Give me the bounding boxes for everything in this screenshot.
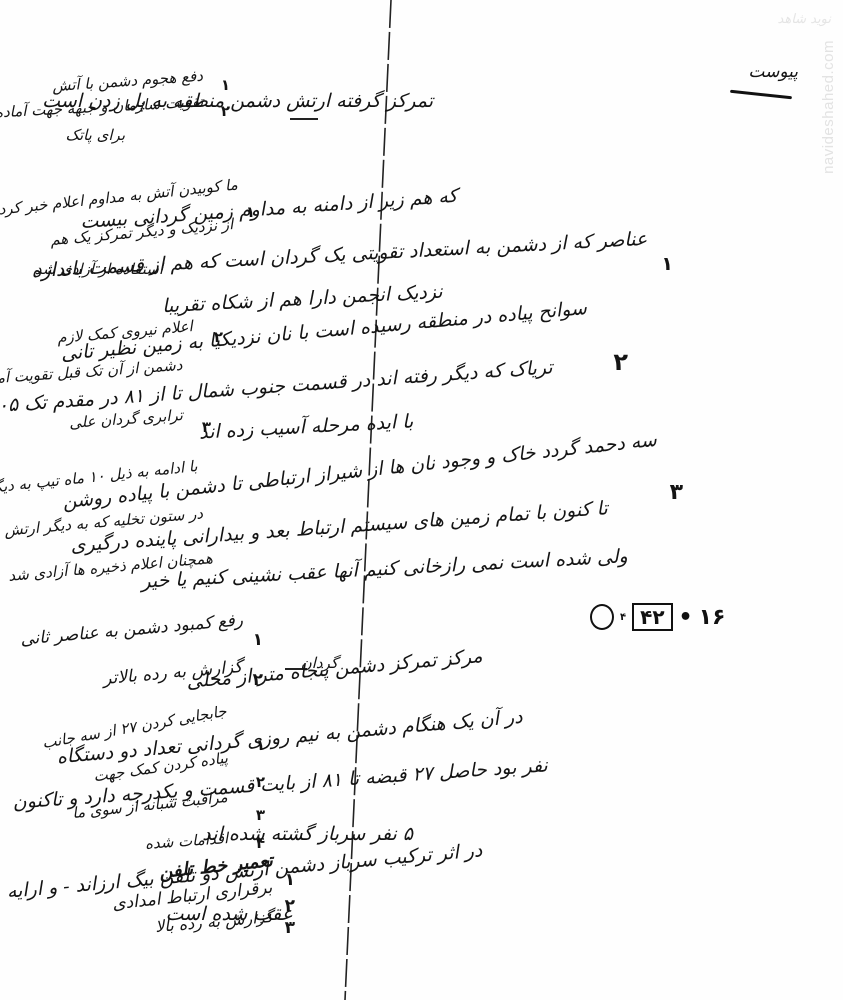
main-item-2-number: ۲ (613, 350, 628, 374)
margin-note2-item-3-number: ۳ (202, 420, 211, 435)
document-code-marker: ۴ ۴۲ • ۱۶ (590, 603, 725, 631)
margin-final-item-1-number: ۱ (285, 872, 295, 889)
margin-top-item-3-text: برای پاتک (66, 128, 125, 143)
circle-mark (590, 604, 614, 630)
main-item-3-number: ۳ (670, 482, 683, 504)
margin-mid-item-1-number: ۱ (253, 632, 263, 649)
margin-top-item-1-number: ۱ (221, 78, 230, 93)
section2-line-3: ۵ نفر سرباز گشته شده اند (202, 825, 413, 844)
header-label: پیوست (748, 64, 798, 81)
code-sub: ۴ (620, 612, 626, 623)
margin-lower-item-3-number: ۳ (256, 808, 265, 823)
margin-final-item-3-number: ۳ (285, 920, 295, 937)
code-boxed-number: ۴۲ (632, 603, 672, 631)
margin-final-item-2-number: ۲ (285, 898, 295, 915)
margin-top-item-2-number: ۲ (221, 104, 230, 119)
margin-note1-number: ۱ (246, 205, 255, 220)
margin-note2-item-1-number: ۲ (214, 330, 223, 345)
margin-lower-item-1-number: ۱ (256, 738, 265, 753)
margin-mid-item-2-number: ۲ (253, 672, 263, 689)
scanned-document-page: نوید شاهد navideshahed.com پیوست تمرکز گ… (0, 0, 843, 1000)
code-dot: • (679, 605, 693, 630)
header-title-dash (290, 118, 318, 120)
main-item-1-number: ۱ (661, 255, 673, 274)
margin-note1-line-3: استفاده از آزادی شد (35, 262, 163, 277)
code-prefix: ۱۶ (699, 605, 726, 630)
margin-lower-item-4-number: ۴ (256, 836, 265, 851)
margin-lower-item-2-number: ۲ (256, 775, 265, 790)
